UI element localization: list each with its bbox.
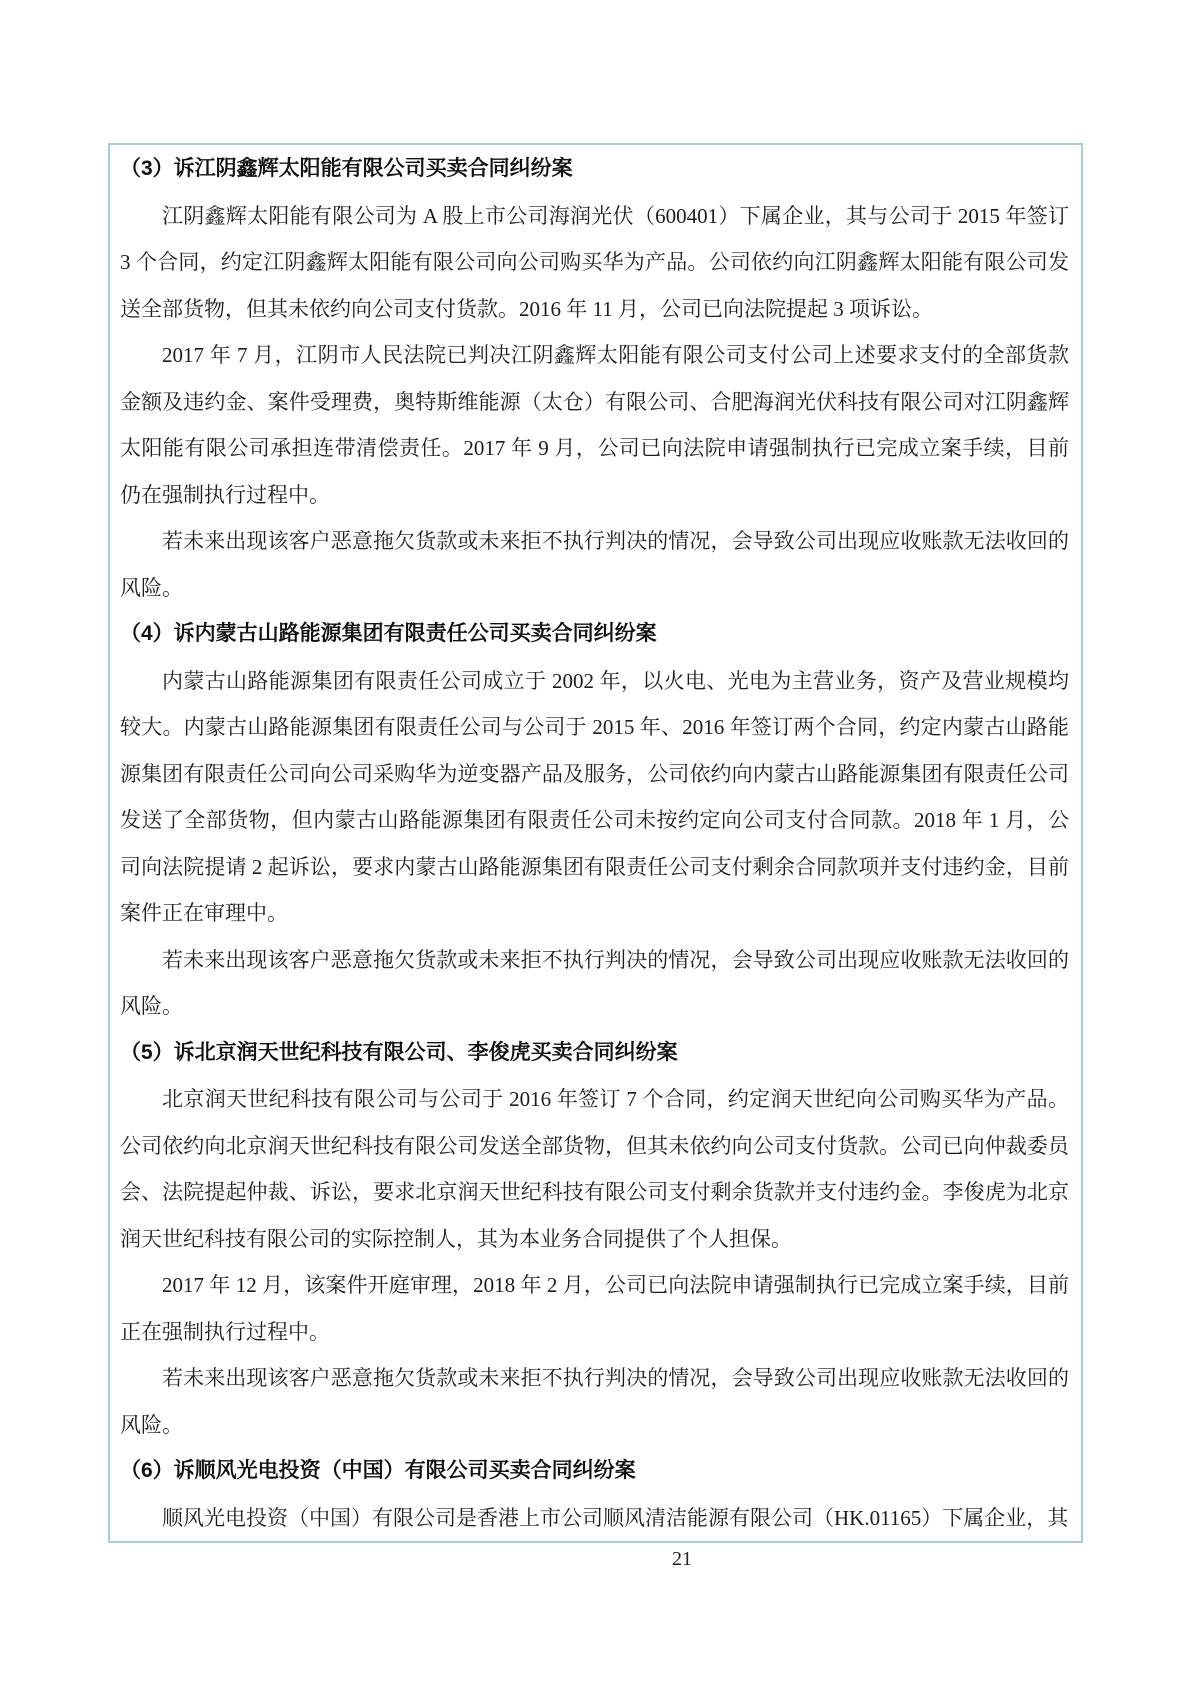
case-section-5: （5）诉北京润天世纪科技有限公司、李俊虎买卖合同纠纷案 北京润天世纪科技有限公司… [120,1030,1069,1449]
case-section-4: （4）诉内蒙古山路能源集团有限责任公司买卖合同纠纷案 内蒙古山路能源集团有限责任… [120,611,1069,1030]
case-heading: （4）诉内蒙古山路能源集团有限责任公司买卖合同纠纷案 [120,611,1069,658]
case-heading: （5）诉北京润天世纪科技有限公司、李俊虎买卖合同纠纷案 [120,1030,1069,1077]
bordered-text-frame: （3）诉江阴鑫辉太阳能有限公司买卖合同纠纷案 江阴鑫辉太阳能有限公司为 A 股上… [108,143,1083,1543]
case-paragraph: 顺风光电投资（中国）有限公司是香港上市公司顺风清洁能源有限公司（HK.01165… [120,1495,1069,1542]
case-paragraph: 若未来出现该客户恶意拖欠货款或未来拒不执行判决的情况，会导致公司出现应收账款无法… [120,518,1069,611]
case-paragraph: 内蒙古山路能源集团有限责任公司成立于 2002 年，以火电、光电为主营业务，资产… [120,658,1069,937]
case-paragraph: 若未来出现该客户恶意拖欠货款或未来拒不执行判决的情况，会导致公司出现应收账款无法… [120,1355,1069,1448]
page-number: 21 [662,1548,702,1571]
document-page: { "page": { "number": "21", "border_colo… [0,0,1200,1697]
case-section-6: （6）诉顺风光电投资（中国）有限公司买卖合同纠纷案 顺风光电投资（中国）有限公司… [120,1448,1069,1541]
case-heading: （3）诉江阴鑫辉太阳能有限公司买卖合同纠纷案 [120,146,1069,193]
case-paragraph: 北京润天世纪科技有限公司与公司于 2016 年签订 7 个合同，约定润天世纪向公… [120,1076,1069,1262]
case-paragraph: 若未来出现该客户恶意拖欠货款或未来拒不执行判决的情况，会导致公司出现应收账款无法… [120,937,1069,1030]
case-paragraph: 江阴鑫辉太阳能有限公司为 A 股上市公司海润光伏（600401）下属企业，其与公… [120,193,1069,333]
case-paragraph: 2017 年 7 月，江阴市人民法院已判决江阴鑫辉太阳能有限公司支付公司上述要求… [120,332,1069,518]
case-heading: （6）诉顺风光电投资（中国）有限公司买卖合同纠纷案 [120,1448,1069,1495]
case-paragraph: 2017 年 12 月，该案件开庭审理，2018 年 2 月，公司已向法院申请强… [120,1262,1069,1355]
case-section-3: （3）诉江阴鑫辉太阳能有限公司买卖合同纠纷案 江阴鑫辉太阳能有限公司为 A 股上… [120,146,1069,611]
